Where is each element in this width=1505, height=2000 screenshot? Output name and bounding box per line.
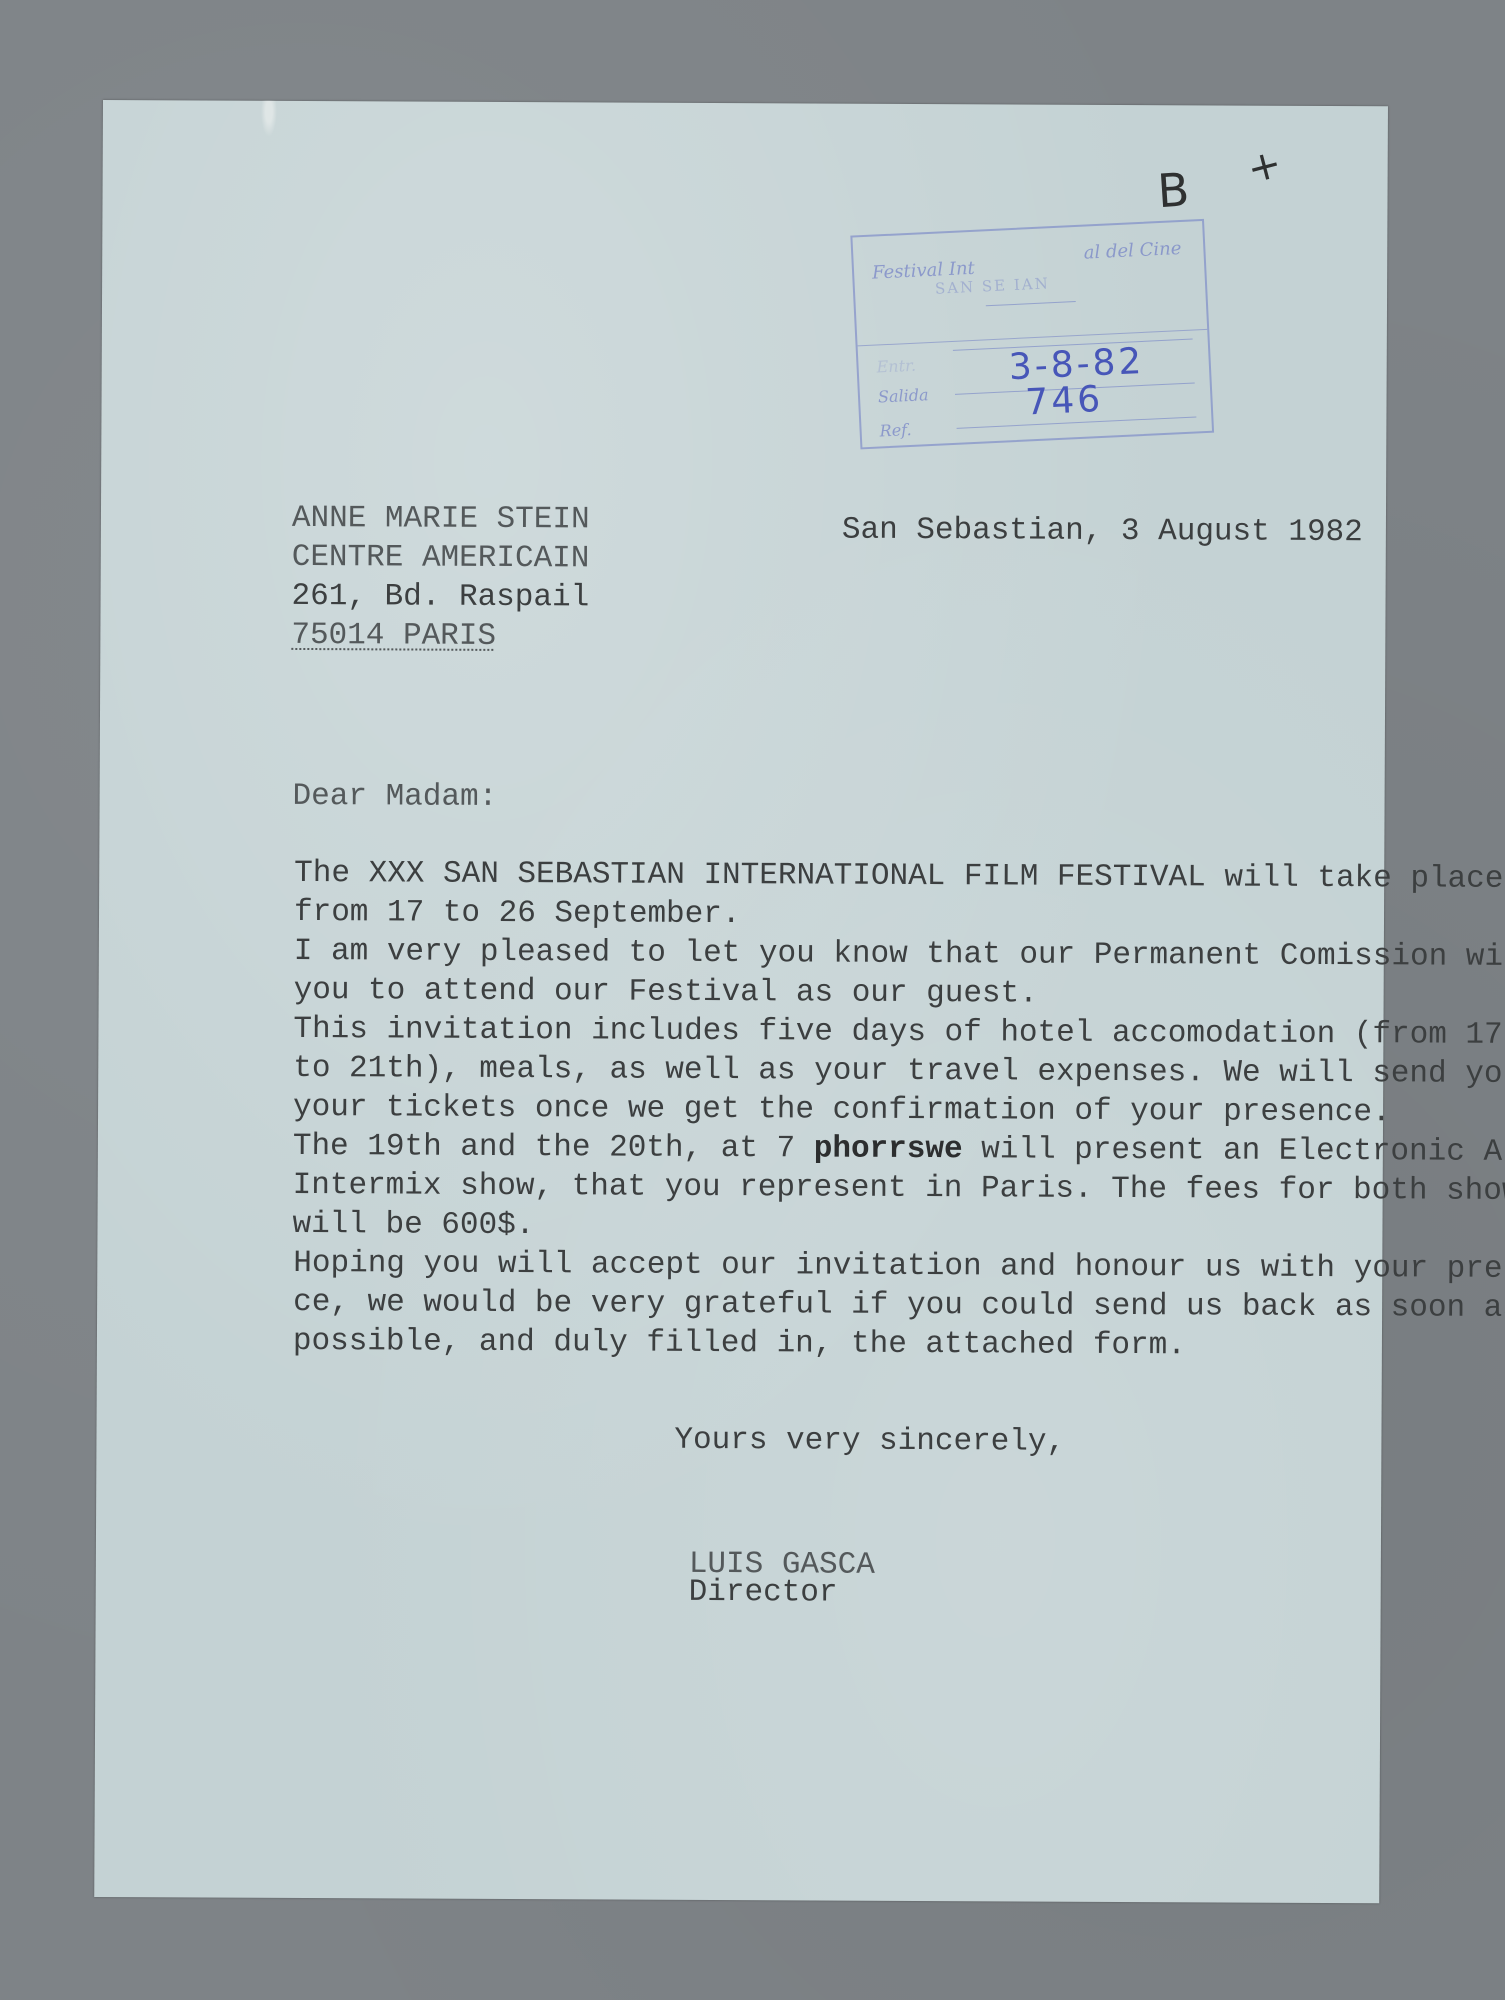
overstruck-word: phorrswe [814,1131,963,1167]
paper-tear [261,101,277,137]
body-line-prefix: The 19th and the 20th, at 7 [293,1129,814,1167]
recipient-street: 261, Bd. Raspail [291,577,589,617]
body-line: ce, we would be very grateful if you cou… [293,1283,1505,1328]
handwritten-plus-mark: + [1242,140,1286,193]
stamp-fields: Entr. Salida 3-8-82 Ref. 746 [858,329,1212,446]
stamp-header-right: al del Cine [1083,238,1182,264]
body-line: possible, and duly filled in, the attach… [293,1322,1186,1365]
stamp-label-ref: Ref. [879,420,912,440]
stamp-label-salida: Salida [878,385,929,406]
recipient-city: 75014 PARIS [291,616,496,656]
recipient-organization: CENTRE AMERICAIN [292,538,590,578]
body-line: This invitation includes five days of ho… [293,1010,1505,1055]
body-line: from 17 to 26 September. [294,893,741,934]
stamp-divider [986,301,1076,306]
letter-page: B + Festival Int al del Cine SAN SE IAN … [94,100,1388,1903]
body-line: your tickets once we get the confirmatio… [293,1088,1391,1132]
stamp-value-ref-number: 746 [1025,379,1105,424]
registry-stamp: Festival Int al del Cine SAN SE IAN Entr… [850,219,1214,450]
body-line: The XXX SAN SEBASTIAN INTERNATIONAL FILM… [294,854,1503,899]
body-line: you to attend our Festival as our guest. [294,971,1038,1014]
body-line: Intermix show, that you represent in Par… [293,1166,1505,1211]
salutation: Dear Madam: [293,777,498,817]
body-line: to 21th), meals, as well as your travel … [293,1049,1505,1094]
signatory-title: Director [689,1578,838,1609]
body-line: Hoping you will accept our invitation an… [293,1244,1505,1289]
body-line-suffix: will present an Electronic Arts [963,1132,1505,1170]
body-line: I am very pleased to let you know that o… [294,932,1505,977]
recipient-name: ANNE MARIE STEIN [292,499,590,539]
handwritten-letter-b: B [1156,162,1191,218]
closing: Yours very sincerely, [674,1421,1065,1462]
body-line-overstruck: The 19th and the 20th, at 7 phorrswe wil… [293,1127,1505,1172]
body-line: will be 600$. [292,1205,534,1245]
stamp-label-entrada: Entr. [876,356,916,377]
dateline: San Sebastian, 3 August 1982 [842,511,1363,553]
